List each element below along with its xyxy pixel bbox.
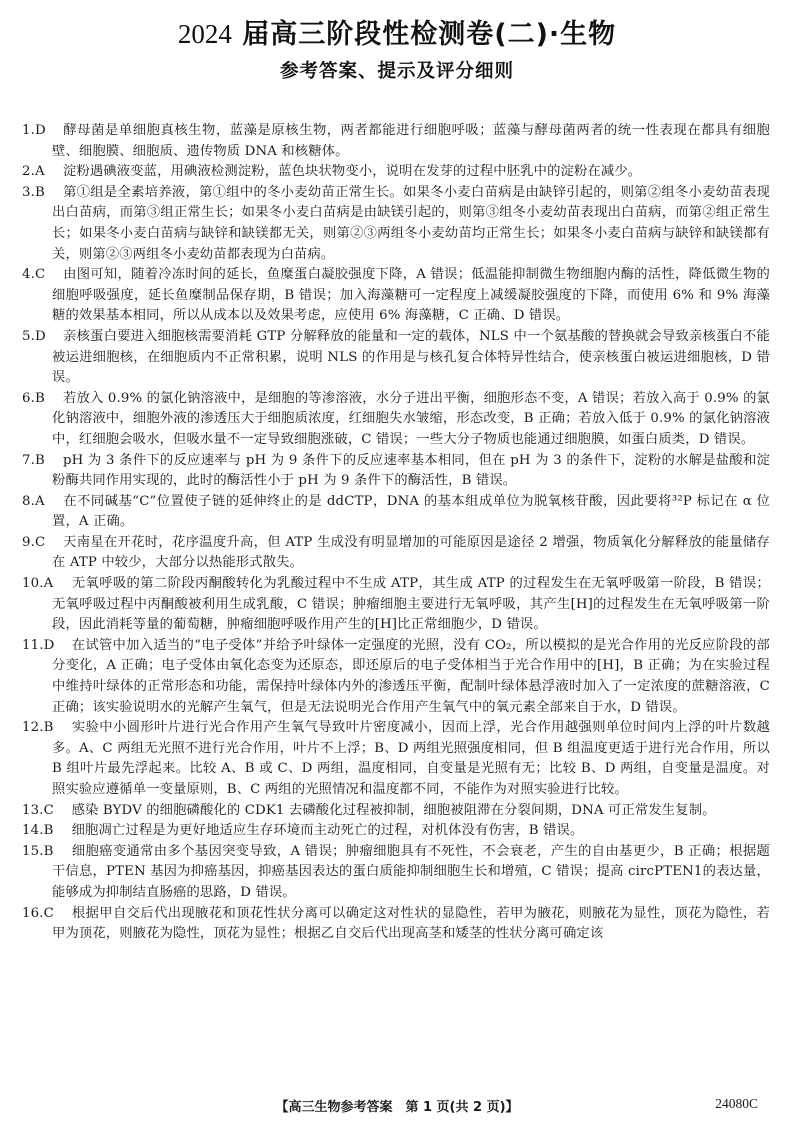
answer-item-12: 12.B实验中小圆形叶片进行光合作用产生氧气导致叶片密度减小，因而上浮，光合作用…: [22, 718, 770, 800]
question-number: 9.: [22, 533, 35, 554]
answer-letter: B: [35, 183, 63, 204]
answer-item-1: 1.D酵母菌是单细胞真核生物，蓝藻是原核生物，两者都能进行细胞呼吸；蓝藻与酵母菌…: [22, 121, 770, 162]
answer-item-4: 4.C由图可知，随着冷冻时间的延长，鱼糜蛋白凝胶强度下降，A 错误；低温能抑制微…: [22, 265, 770, 327]
answer-letter: A: [35, 492, 63, 513]
explanation-text: 若放入 0.9% 的氯化钠溶液中，是细胞的等渗溶液，水分子进出平衡，细胞形态不变…: [52, 391, 770, 447]
question-number: 8.: [22, 492, 35, 513]
question-number: 1.: [22, 121, 35, 142]
answer-letter: B: [44, 718, 72, 739]
question-number: 14.: [22, 821, 44, 842]
answer-letter: C: [44, 904, 72, 925]
answer-item-8: 8.A在不同碱基“C”位置使子链的延伸终止的是 ddCTP，DNA 的基本组成单…: [22, 492, 770, 533]
answer-letter: B: [35, 389, 63, 410]
explanation-text: 在试管中加入适当的“电子受体”并给予叶绿体一定强度的光照，没有 CO₂，所以模拟…: [52, 638, 770, 715]
document-subtitle: 参考答案、提示及评分细则: [0, 57, 794, 83]
answer-letter: C: [35, 533, 63, 554]
explanation-text: 亲核蛋白要进入细胞核需要消耗 GTP 分解释放的能量和一定的载体，NLS 中一个…: [52, 329, 770, 385]
answer-item-16: 16.C根据甲自交后代出现腋花和顶花性状分离可以确定这对性状的显隐性，若甲为腋花…: [22, 904, 770, 945]
answer-letter: D: [35, 121, 63, 142]
answer-letter: A: [35, 162, 63, 183]
explanation-text: 细胞凋亡过程是为更好地适应生存环境而主动死亡的过程，对机体没有伤害，B 错误。: [72, 823, 584, 838]
answer-item-10: 10.A无氧呼吸的第二阶段丙酮酸转化为乳酸过程中不生成 ATP，其生成 ATP …: [22, 574, 770, 636]
answer-letter: A: [44, 574, 72, 595]
answer-item-13: 13.C感染 BYDV 的细胞磷酸化的 CDK1 去磷酸化过程被抑制，细胞被阻滞…: [22, 801, 770, 822]
document-title: 2024 届高三阶段性检测卷(二)·生物: [0, 12, 794, 51]
answer-item-11: 11.D在试管中加入适当的“电子受体”并给予叶绿体一定强度的光照，没有 CO₂，…: [22, 636, 770, 718]
answer-item-15: 15.B细胞癌变通常由多个基因突变导致，A 错误；肿瘤细胞具有不死性，不会衰老，…: [22, 842, 770, 904]
question-number: 13.: [22, 801, 44, 822]
answer-letter: D: [44, 636, 72, 657]
page-number-label: 【高三生物参考答案 第 1 页(共 2 页)】: [0, 1096, 794, 1115]
answer-item-2: 2.A淀粉遇碘液变蓝，用碘液检测淀粉，蓝色块状物变小，说明在发芽的过程中胚乳中的…: [22, 162, 770, 183]
explanation-text: 在不同碱基“C”位置使子链的延伸终止的是 ddCTP，DNA 的基本组成单位为脱…: [52, 494, 770, 530]
answer-letter: D: [35, 327, 63, 348]
question-number: 4.: [22, 265, 35, 286]
question-number: 11.: [22, 636, 44, 657]
answer-letter: B: [35, 451, 63, 472]
explanation-text: pH 为 3 条件下的反应速率与 pH 为 9 条件下的反应速率基本相同，但在 …: [52, 453, 770, 489]
question-number: 16.: [22, 904, 44, 925]
explanation-text: 由图可知，随着冷冻时间的延长，鱼糜蛋白凝胶强度下降，A 错误；低温能抑制微生物细…: [52, 267, 770, 323]
document-code: 24080C: [715, 1096, 758, 1112]
question-number: 3.: [22, 183, 35, 204]
title-year: 2024: [178, 19, 232, 49]
question-number: 10.: [22, 574, 44, 595]
answer-item-9: 9.C天南星在开花时，花序温度升高，但 ATP 生成没有明显增加的可能原因是途径…: [22, 533, 770, 574]
answer-item-7: 7.BpH 为 3 条件下的反应速率与 pH 为 9 条件下的反应速率基本相同，…: [22, 451, 770, 492]
answer-item-5: 5.D亲核蛋白要进入细胞核需要消耗 GTP 分解释放的能量和一定的载体，NLS …: [22, 327, 770, 389]
question-number: 5.: [22, 327, 35, 348]
answer-letter: C: [35, 265, 63, 286]
answer-letter: B: [44, 821, 72, 842]
explanation-text: 细胞癌变通常由多个基因突变导致，A 错误；肿瘤细胞具有不死性，不会衰老，产生的自…: [52, 844, 770, 900]
answer-item-6: 6.B若放入 0.9% 的氯化钠溶液中，是细胞的等渗溶液，水分子进出平衡，细胞形…: [22, 389, 770, 451]
explanation-text: 第①组是全素培养液，第①组中的冬小麦幼苗正常生长。如果冬小麦白苗病是由缺锌引起的…: [52, 185, 770, 262]
explanation-text: 感染 BYDV 的细胞磷酸化的 CDK1 去磷酸化过程被抑制，细胞被阻滞在分裂间…: [72, 803, 716, 818]
explanation-text: 天南星在开花时，花序温度升高，但 ATP 生成没有明显增加的可能原因是途径 2 …: [52, 535, 770, 571]
answer-list: 1.D酵母菌是单细胞真核生物，蓝藻是原核生物，两者都能进行细胞呼吸；蓝藻与酵母菌…: [22, 121, 770, 945]
answer-letter: C: [44, 801, 72, 822]
answer-item-3: 3.B第①组是全素培养液，第①组中的冬小麦幼苗正常生长。如果冬小麦白苗病是由缺锌…: [22, 183, 770, 265]
explanation-text: 淀粉遇碘液变蓝，用碘液检测淀粉，蓝色块状物变小，说明在发芽的过程中胚乳中的淀粉在…: [63, 164, 641, 179]
question-number: 12.: [22, 718, 44, 739]
explanation-text: 实验中小圆形叶片进行光合作用产生氧气导致叶片密度减小，因而上浮，光合作用越强则单…: [52, 720, 770, 797]
question-number: 6.: [22, 389, 35, 410]
answer-item-14: 14.B细胞凋亡过程是为更好地适应生存环境而主动死亡的过程，对机体没有伤害，B …: [22, 821, 770, 842]
question-number: 15.: [22, 842, 44, 863]
title-text: 届高三阶段性检测卷(二)·生物: [242, 19, 616, 50]
explanation-text: 酵母菌是单细胞真核生物，蓝藻是原核生物，两者都能进行细胞呼吸；蓝藻与酵母菌两者的…: [52, 123, 770, 159]
question-number: 7.: [22, 451, 35, 472]
explanation-text: 无氧呼吸的第二阶段丙酮酸转化为乳酸过程中不生成 ATP，其生成 ATP 的过程发…: [52, 576, 770, 632]
answer-letter: B: [44, 842, 72, 863]
explanation-text: 根据甲自交后代出现腋花和顶花性状分离可以确定这对性状的显隐性，若甲为腋花，则腋花…: [52, 906, 770, 942]
question-number: 2.: [22, 162, 35, 183]
